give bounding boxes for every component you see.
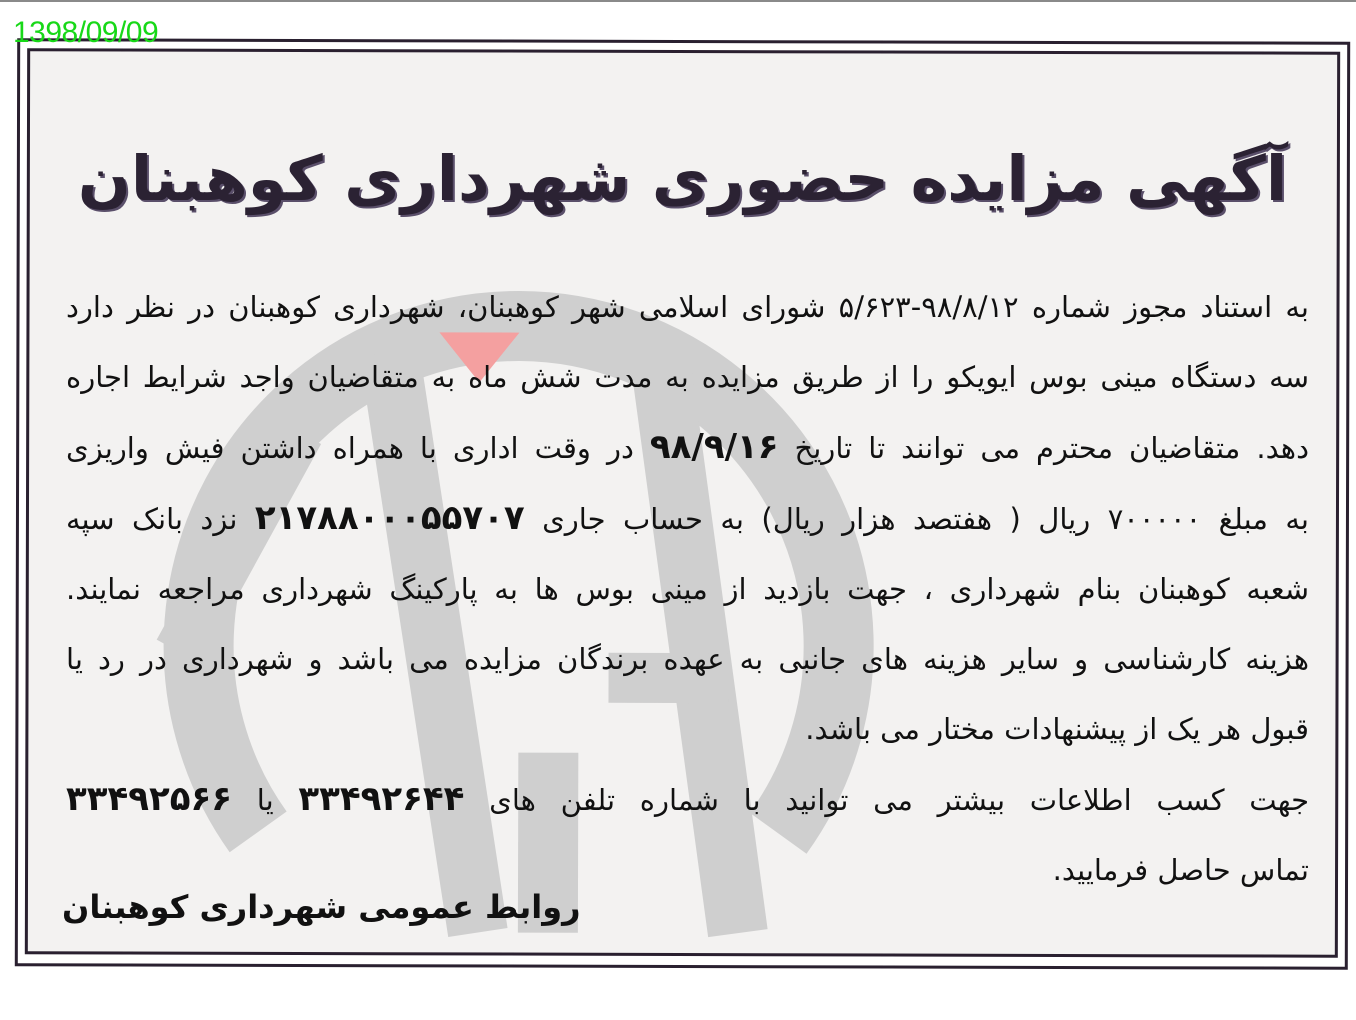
notice-body: به استناد مجوز شماره ۹۸/۸/۱۲-۵/۶۲۳ شورای…	[66, 272, 1309, 905]
body-line-8: جهت کسب اطلاعات بیشتر می توانید با شماره…	[66, 764, 1309, 835]
notice-content: آگهی مزایده حضوری شهرداری کوهبنان به است…	[26, 50, 1339, 956]
notice-title: آگهی مزایده حضوری شهرداری کوهبنان	[26, 142, 1339, 215]
scanned-notice-page: 1398/09/09 آگهی مزایده حضوری شهرداری کوه…	[0, 0, 1356, 1020]
body-line-1: به استناد مجوز شماره ۹۸/۸/۱۲-۵/۶۲۳ شورای…	[66, 272, 1309, 342]
body-line-3: دهد. متقاضیان محترم می توانند تا تاریخ ۹…	[66, 412, 1309, 483]
deadline-date: ۹۸/۹/۱۶	[650, 427, 779, 467]
body-line-4: به مبلغ ۷۰۰۰۰۰ ریال ( هفتصد هزار ریال) ب…	[66, 483, 1309, 554]
date-stamp: 1398/09/09	[13, 18, 158, 48]
body-line-2: سه دستگاه مینی بوس ایویکو را از طریق مزا…	[66, 342, 1309, 412]
body-line-5: شعبه کوهبنان بنام شهرداری ، جهت بازدید ا…	[66, 554, 1309, 624]
account-number: ۲۱۷۸۸۰۰۰۵۵۷۰۷	[255, 498, 525, 538]
signature: روابط عمومی شهرداری کوهبنان	[62, 888, 581, 926]
phone-number-1: ۳۳۴۹۲۶۴۴	[298, 779, 464, 819]
top-divider	[0, 0, 1356, 2]
phone-number-2: ۳۳۴۹۲۵۶۶	[66, 779, 232, 819]
body-line-6: هزینه کارشناسی و سایر هزینه های جانبی به…	[66, 624, 1309, 694]
body-line-7: قبول هر یک از پیشنهادات مختار می باشد.	[66, 694, 1309, 764]
